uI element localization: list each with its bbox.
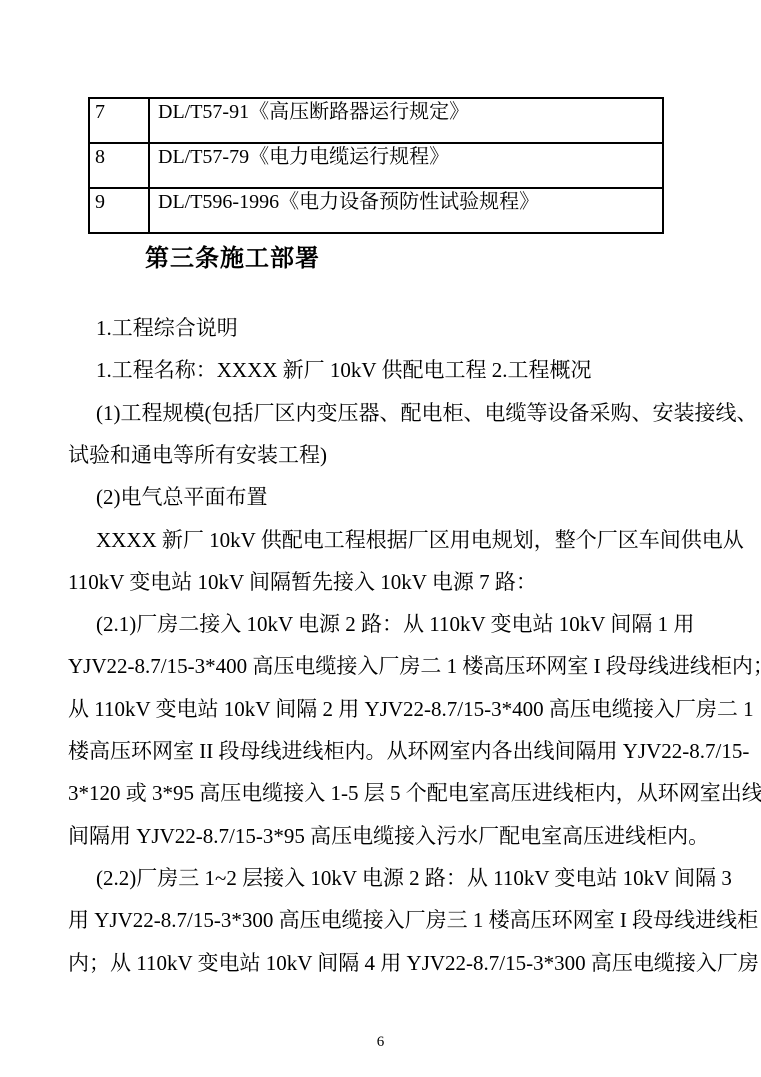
table-row: 8 DL/T57-79《电力电缆运行规程》 — [89, 143, 663, 188]
row-text-cell: DL/T57-91《高压断路器运行规定》 — [149, 98, 663, 143]
body-line: (1)工程规模(包括厂区内变压器、配电柜、电缆等设备采购、安装接线、 — [68, 392, 690, 435]
row-number-cell: 8 — [89, 143, 149, 188]
body-line: YJV22-8.7/15-3*400 高压电缆接入厂房二 1 楼高压环网室 I … — [68, 645, 690, 688]
body-line: 间隔用 YJV22-8.7/15-3*95 高压电缆接入污水厂配电室高压进线柜内… — [68, 815, 690, 858]
table-row: 9 DL/T596-1996《电力设备预防性试验规程》 — [89, 188, 663, 233]
body-line: (2.2)厂房三 1~2 层接入 10kV 电源 2 路：从 110kV 变电站… — [68, 857, 690, 900]
body-text: 1.工程综合说明 1.工程名称：XXXX 新厂 10kV 供配电工程 2.工程概… — [68, 307, 690, 987]
standards-table: 7 DL/T57-91《高压断路器运行规定》 8 DL/T57-79《电力电缆运… — [88, 97, 664, 234]
body-line: 110kV 变电站 10kV 间隔暂先接入 10kV 电源 7 路： — [68, 561, 690, 604]
row-text-cell: DL/T596-1996《电力设备预防性试验规程》 — [149, 188, 663, 233]
table-row: 7 DL/T57-91《高压断路器运行规定》 — [89, 98, 663, 143]
body-line: 1.工程综合说明 — [68, 307, 690, 350]
page-number: 6 — [0, 1034, 761, 1051]
row-text-cell: DL/T57-79《电力电缆运行规程》 — [149, 143, 663, 188]
body-line: 3*120 或 3*95 高压电缆接入 1-5 层 5 个配电室高压进线柜内，从… — [68, 772, 690, 815]
row-number-cell: 9 — [89, 188, 149, 233]
body-line: 1.工程名称：XXXX 新厂 10kV 供配电工程 2.工程概况 — [68, 349, 690, 392]
body-line: 试验和通电等所有安装工程) — [68, 434, 690, 477]
row-number-cell: 7 — [89, 98, 149, 143]
body-line: 内；从 110kV 变电站 10kV 间隔 4 用 YJV22-8.7/15-3… — [68, 942, 690, 985]
body-line: (2)电气总平面布置 — [68, 476, 690, 519]
body-line: 用 YJV22-8.7/15-3*300 高压电缆接入厂房三 1 楼高压环网室 … — [68, 899, 690, 942]
document-page: 7 DL/T57-91《高压断路器运行规定》 8 DL/T57-79《电力电缆运… — [0, 0, 761, 1077]
body-line: (2.1)厂房二接入 10kV 电源 2 路：从 110kV 变电站 10kV … — [68, 603, 690, 646]
body-line: XXXX 新厂 10kV 供配电工程根据厂区用电规划，整个厂区车间供电从 — [68, 519, 690, 562]
body-line: 从 110kV 变电站 10kV 间隔 2 用 YJV22-8.7/15-3*4… — [68, 688, 690, 731]
body-line: 楼高压环网室 II 段母线进线柜内。从环网室内各出线间隔用 YJV22-8.7/… — [68, 730, 690, 773]
section-heading: 第三条施工部署 — [145, 238, 320, 273]
